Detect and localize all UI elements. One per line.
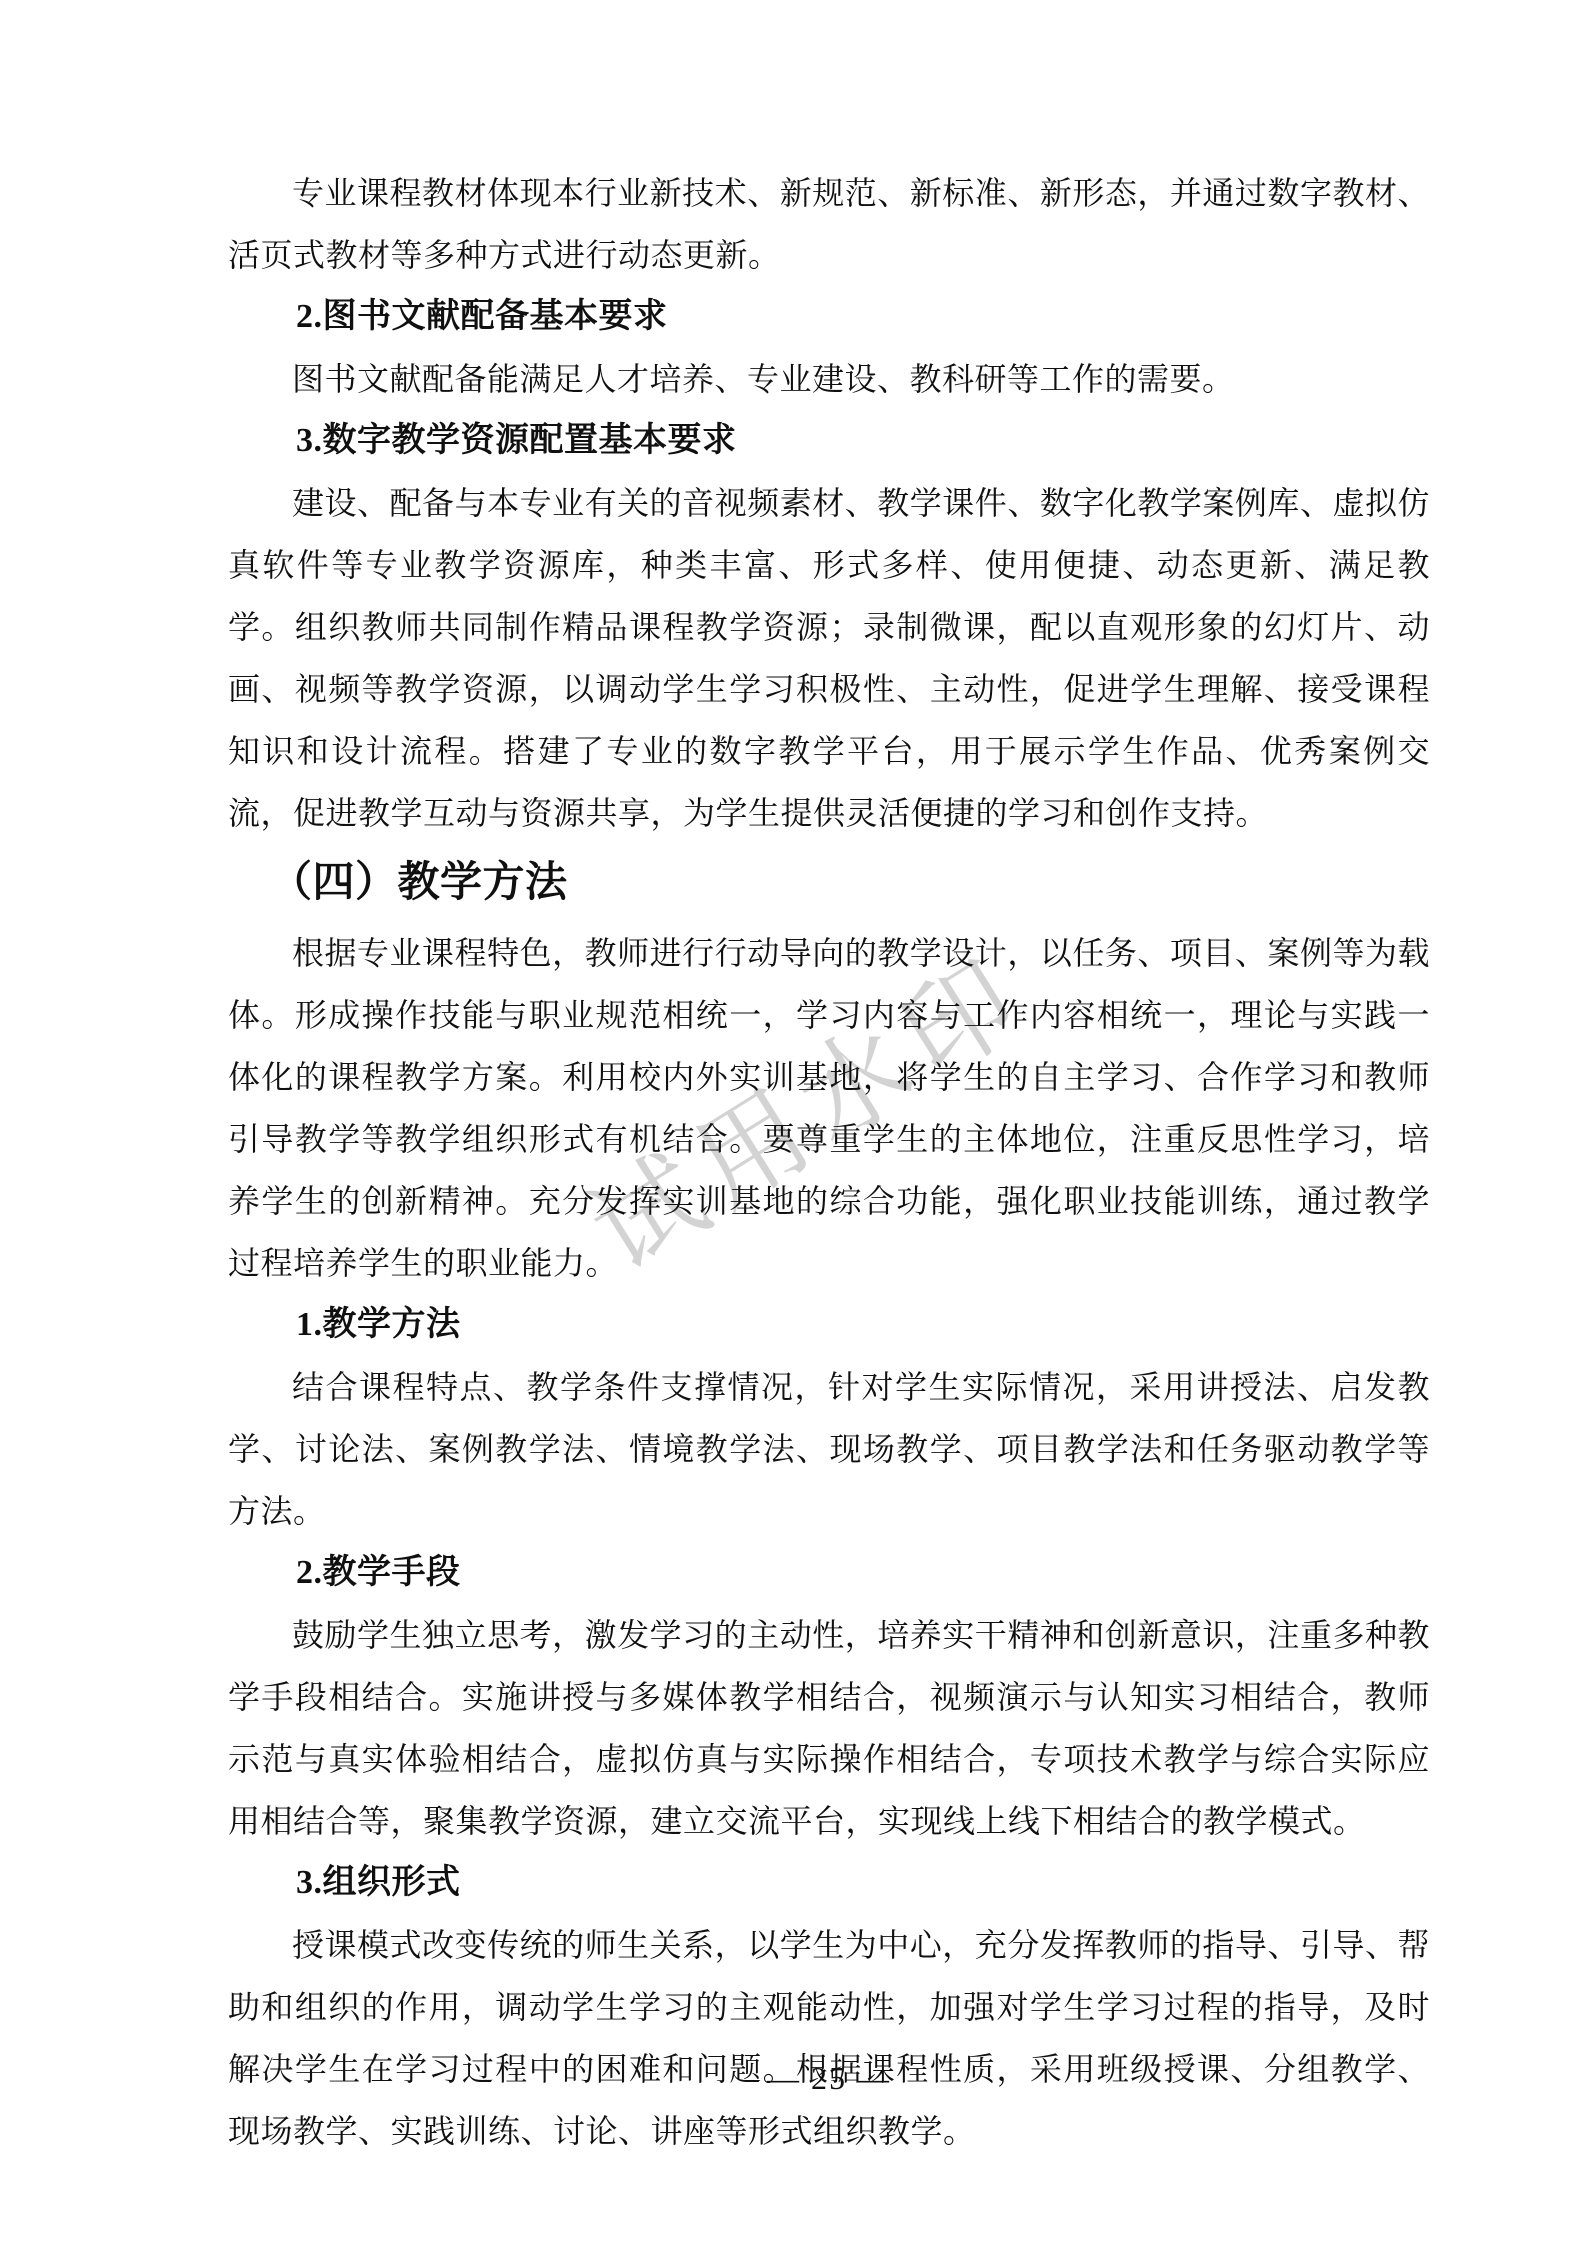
subheading: 1.教学方法 [228,1294,1430,1356]
document-body: 专业课程教材体现本行业新技术、新规范、新标准、新形态，并通过数字教材、活页式教材… [228,162,1430,2162]
subheading: 2.图书文献配备基本要求 [228,286,1430,348]
body-paragraph: 根据专业课程特色，教师进行行动导向的教学设计，以任务、项目、案例等为载体。形成操… [228,922,1430,1294]
body-paragraph: 专业课程教材体现本行业新技术、新规范、新标准、新形态，并通过数字教材、活页式教材… [228,162,1430,286]
page-number: — 25 — [228,2060,1430,2097]
body-paragraph: 授课模式改变传统的师生关系，以学生为中心，充分发挥教师的指导、引导、帮助和组织的… [228,1914,1430,2162]
body-paragraph: 建设、配备与本专业有关的音视频素材、教学课件、数字化教学案例库、虚拟仿真软件等专… [228,472,1430,844]
subheading: 2.教学手段 [228,1542,1430,1604]
subheading: 3.组织形式 [228,1852,1430,1914]
section-heading: （四）教学方法 [228,844,1430,922]
body-paragraph: 结合课程特点、教学条件支撑情况，针对学生实际情况，采用讲授法、启发教学、讨论法、… [228,1356,1430,1542]
subheading: 3.数字教学资源配置基本要求 [228,410,1430,472]
document-page: 试用水印 专业课程教材体现本行业新技术、新规范、新标准、新形态，并通过数字教材、… [0,0,1587,2245]
body-paragraph: 鼓励学生独立思考，激发学习的主动性，培养实干精神和创新意识，注重多种教学手段相结… [228,1604,1430,1852]
body-paragraph: 图书文献配备能满足人才培养、专业建设、教科研等工作的需要。 [228,348,1430,410]
